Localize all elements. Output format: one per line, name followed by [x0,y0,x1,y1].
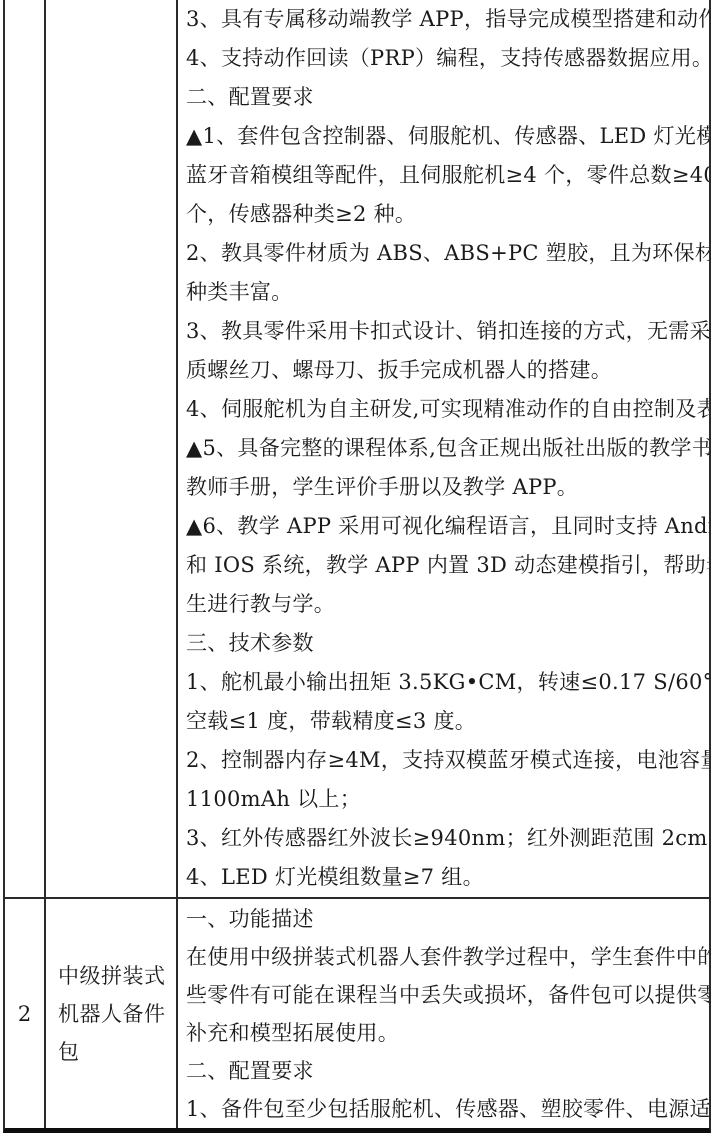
spec-section-heading: 二、配置要求 [186,78,705,117]
spec-line: 4、LED 灯光模组数量≥7 组。 [186,858,705,897]
spec-section-heading: 三、技术参数 [186,624,705,663]
index-cell-item2: 2 [5,899,46,1128]
spec-line: 在使用中级拼装式机器人套件教学过程中，学生套件中的某 [186,938,705,976]
spec-line-starred: ▲5、具备完整的课程体系,包含正规出版社出版的教学书籍, [186,429,705,468]
spec-line: 2、控制器内存≥4M，支持双模蓝牙模式连接，电池容量≥ [186,741,705,780]
table-row-item2: 2 中级拼装式 机器人备件 包 一、功能描述 在使用中级拼装式机器人套件教学过程… [5,897,709,1128]
spec-section-heading: 一、功能描述 [186,900,705,938]
item-name-line: 中级拼装式 [58,957,176,995]
spec-line: 些零件有可能在课程当中丢失或损坏，备件包可以提供零件 [186,976,705,1014]
spec-line: 2、教具零件材质为 ABS、ABS+PC 塑胶，且为环保材料，颜色 [186,234,705,273]
spec-section-heading: 二、配置要求 [186,1052,705,1090]
spec-line-starred: ▲6、教学 APP 采用可视化编程语言，且同时支持 Android [186,507,705,546]
spec-line: 种类丰富。 [186,273,705,312]
document-page: 3、具有专属移动端教学 APP，指导完成模型搭建和动作创设。 4、支持动作回读（… [0,0,714,1133]
spec-line: 质螺丝刀、螺母刀、扳手完成机器人的搭建。 [186,351,705,390]
spec-line: 补充和模型拓展使用。 [186,1014,705,1052]
spec-line: 和 IOS 系统，教学 APP 内置 3D 动态建模指引，帮助老师与学 [186,546,705,585]
spec-line-starred: ▲1、套件包含控制器、伺服舵机、传感器、LED 灯光模组、 [186,117,705,156]
item-name-line: 包 [58,1033,176,1071]
item-index: 2 [18,1002,31,1026]
spec-line: 3、教具零件采用卡扣式设计、销扣连接的方式，无需采用铁 [186,312,705,351]
spec-line: 1、舵机最小输出扭矩 3.5KG•CM，转速≤0.17 S/60°；精度 [186,663,705,702]
spec-line: 生进行教与学。 [186,585,705,624]
spec-line: 空载≤1 度，带载精度≤3 度。 [186,702,705,741]
spec-cell-item2: 一、功能描述 在使用中级拼装式机器人套件教学过程中，学生套件中的某 些零件有可能… [178,899,709,1128]
spec-line: 教师手册，学生评价手册以及教学 APP。 [186,468,705,507]
spec-line: 4、支持动作回读（PRP）编程，支持传感器数据应用。 [186,39,705,78]
index-cell-empty [5,0,46,897]
spec-line: 蓝牙音箱模组等配件，且伺服舵机≥4 个，零件总数≥400 [186,156,705,195]
table-row-item1-continued: 3、具有专属移动端教学 APP，指导完成模型搭建和动作创设。 4、支持动作回读（… [5,0,709,897]
spec-table: 3、具有专属移动端教学 APP，指导完成模型搭建和动作创设。 4、支持动作回读（… [3,0,711,1133]
item-name-line: 机器人备件 [58,995,176,1033]
spec-line: 1100mAh 以上； [186,780,705,819]
spec-line: 4、伺服舵机为自主研发,可实现精准动作的自由控制及表达。 [186,390,705,429]
spec-line: 个，传感器种类≥2 种。 [186,195,705,234]
spec-line: 3、红外传感器红外波长≥940nm；红外测距范围 2cm~15cm； [186,819,705,858]
item-name-cell-empty [46,0,178,897]
item-name-cell-item2: 中级拼装式 机器人备件 包 [46,899,178,1128]
spec-line: 3、具有专属移动端教学 APP，指导完成模型搭建和动作创设。 [186,0,705,39]
spec-line: 1、备件包至少包括服舵机、传感器、塑胶零件、电源适配器、 [186,1090,705,1128]
spec-cell-item1: 3、具有专属移动端教学 APP，指导完成模型搭建和动作创设。 4、支持动作回读（… [178,0,709,897]
